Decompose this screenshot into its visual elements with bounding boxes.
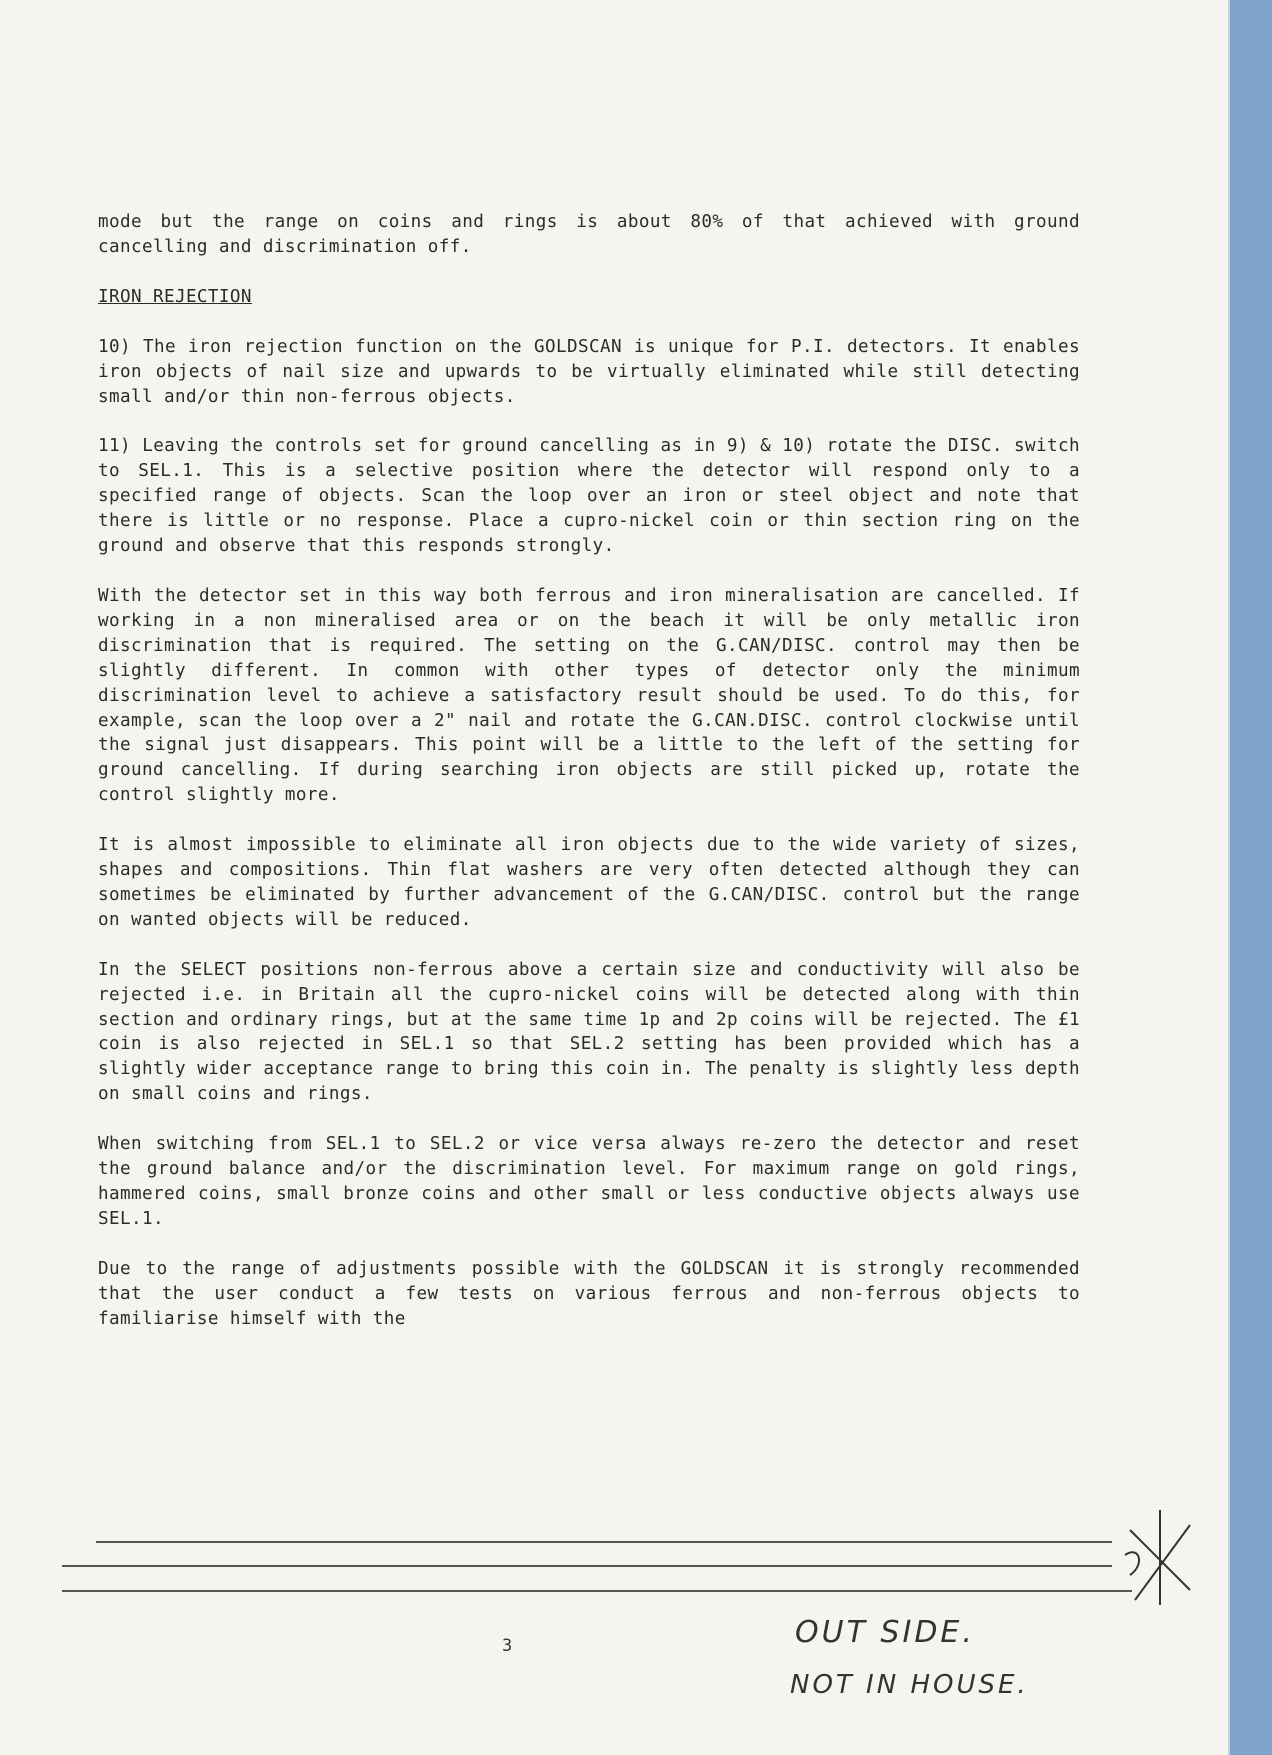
paragraph-10: 10) The iron rejection function on the G… [98,335,1080,410]
section-heading: IRON REJECTION [98,285,1080,310]
page-number: 3 [502,1636,512,1656]
body-text: mode but the range on coins and rings is… [98,210,1080,1357]
document-page: mode but the range on coins and rings is… [0,0,1230,1755]
handwritten-note: NOT IN HOUSE. [790,1670,1029,1700]
handwritten-asterisk-icon [1120,1505,1200,1610]
paragraph-impossible: It is almost impossible to eliminate all… [98,833,1080,933]
handwritten-underline [62,1590,1132,1592]
paragraph-detector-set: With the detector set in this way both f… [98,584,1080,808]
paragraph-switching: When switching from SEL.1 to SEL.2 or vi… [98,1132,1080,1232]
handwritten-underline [96,1541,1112,1543]
handwritten-underline [62,1565,1112,1567]
paragraph-select: In the SELECT positions non-ferrous abov… [98,958,1080,1107]
handwritten-note: OUT SIDE. [795,1615,975,1650]
paragraph-recommendation: Due to the range of adjustments possible… [98,1257,1080,1332]
paragraph-11: 11) Leaving the controls set for ground … [98,434,1080,559]
intro-paragraph: mode but the range on coins and rings is… [98,210,1080,260]
